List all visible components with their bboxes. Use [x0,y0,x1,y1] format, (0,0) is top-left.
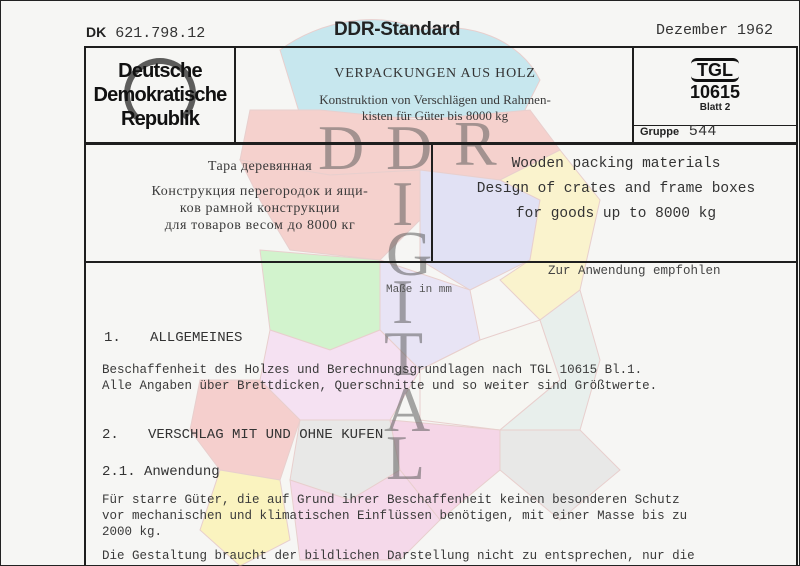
russian-subtitle: Конструкция перегородок и ящи- ков рамно… [88,183,432,234]
subtitle-line: Konstruktion von Verschlägen und Rahmen- [236,92,634,108]
gdr-logo: Deutsche Demokratische Republik [86,48,234,142]
section-title: VERSCHLAG MIT UND OHNE KUFEN [148,427,383,443]
logo-line: Republik [121,107,199,131]
document-subtitle: Konstruktion von Verschlägen und Rahmen-… [236,92,634,124]
issue-date: Dezember 1962 [656,22,773,39]
standard-title: DDR-Standard [334,19,460,41]
gruppe-label: Gruppe [640,126,679,138]
tgl-sheet: Blatt 2 [634,102,796,114]
dk-number: 621.798.12 [115,25,205,42]
english-line: Design of crates and frame boxes [434,177,798,202]
gruppe-value: 544 [689,122,717,139]
gruppe: Gruppe544 [640,122,717,140]
header-bottom-line [84,142,798,145]
section-2-1-text: Für starre Güter, die auf Grund ihrer Be… [102,492,680,508]
subtitle-line: kisten für Güter bis 8000 kg [236,108,634,124]
russian-line: для товаров весом до 8000 кг [88,217,432,234]
dk-classification: DK 621.798.12 [86,24,205,42]
translation-bottom-line [84,261,798,263]
section-1-text: Beschaffenheit des Holzes und Berechnung… [102,362,642,378]
russian-title: Тара деревянная [88,159,432,175]
units-note: Maße in mm [386,284,452,296]
section-number: 1. [104,330,150,346]
tgl-block: TGL 10615 Blatt 2 [634,48,796,126]
english-line: for goods up to 8000 kg [434,202,798,227]
english-title-block: Wooden packing materials Design of crate… [434,150,798,227]
dk-prefix: DK [86,24,106,40]
section-2-heading: 2.VERSCHLAG MIT UND OHNE KUFEN [102,427,383,443]
section-2-1-text: 2000 kg. [102,524,162,540]
section-2-1-text: vor mechanischen und klimatischen Einflü… [102,508,687,524]
section-1-heading: 1.ALLGEMEINES [104,330,242,346]
russian-line: ков рамной конструкции [88,200,432,217]
section-2-1-heading: 2.1. Anwendung [102,464,220,480]
title-block: VERPACKUNGEN AUS HOLZ Konstruktion von V… [236,48,634,142]
logo-line: Deutsche [118,59,202,83]
russian-title-block: Тара деревянная Конструкция перегородок … [88,150,432,234]
logo-line: Demokratische [94,83,227,107]
english-line: Wooden packing materials [434,152,798,177]
section-title: ALLGEMEINES [150,330,242,346]
section-number: 2. [102,427,148,443]
document-title: VERPACKUNGEN AUS HOLZ [236,66,634,82]
tgl-logo: TGL [691,58,739,82]
table-border-right [796,46,798,566]
russian-line: Конструкция перегородок и ящи- [88,183,432,200]
section-1-text: Alle Angaben über Brettdicken, Querschni… [102,378,657,394]
recommendation-status: Zur Anwendung empfohlen [548,264,721,278]
section-2-1-text: Die Gestaltung braucht der bildlichen Da… [102,548,695,564]
document-page: DK 621.798.12 DDR-Standard Dezember 1962… [0,0,800,566]
tgl-number: 10615 [634,82,796,102]
